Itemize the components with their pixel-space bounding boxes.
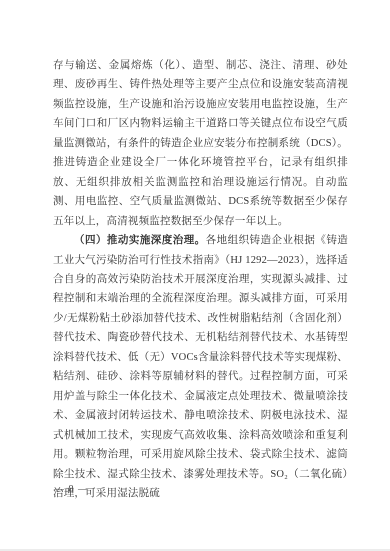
document-body: 存与输送、金属熔炼（化）、造型、制芯、浇注、清理、砂处理、废砂再生、铸件热处理等… bbox=[53, 56, 348, 503]
paragraph-text: 各地组织铸造企业根据《铸造工业大气污染防治可行性技术指南》（HJ 1292—20… bbox=[53, 235, 348, 499]
document-page: 存与输送、金属熔炼（化）、造型、制芯、浇注、清理、砂处理、废砂再生、铸件热处理等… bbox=[0, 0, 390, 551]
paragraph: （四）推动实施深度治理。各地组织铸造企业根据《铸造工业大气污染防治可行性技术指南… bbox=[53, 231, 348, 503]
paragraph: 存与输送、金属熔炼（化）、造型、制芯、浇注、清理、砂处理、废砂再生、铸件热处理等… bbox=[53, 56, 348, 231]
paragraph-text: 存与输送、金属熔炼（化）、造型、制芯、浇注、清理、砂处理、废砂再生、铸件热处理等… bbox=[53, 60, 348, 227]
page-number: — 8 — bbox=[54, 484, 89, 495]
paragraph-heading: （四）推动实施深度治理。 bbox=[74, 235, 206, 246]
